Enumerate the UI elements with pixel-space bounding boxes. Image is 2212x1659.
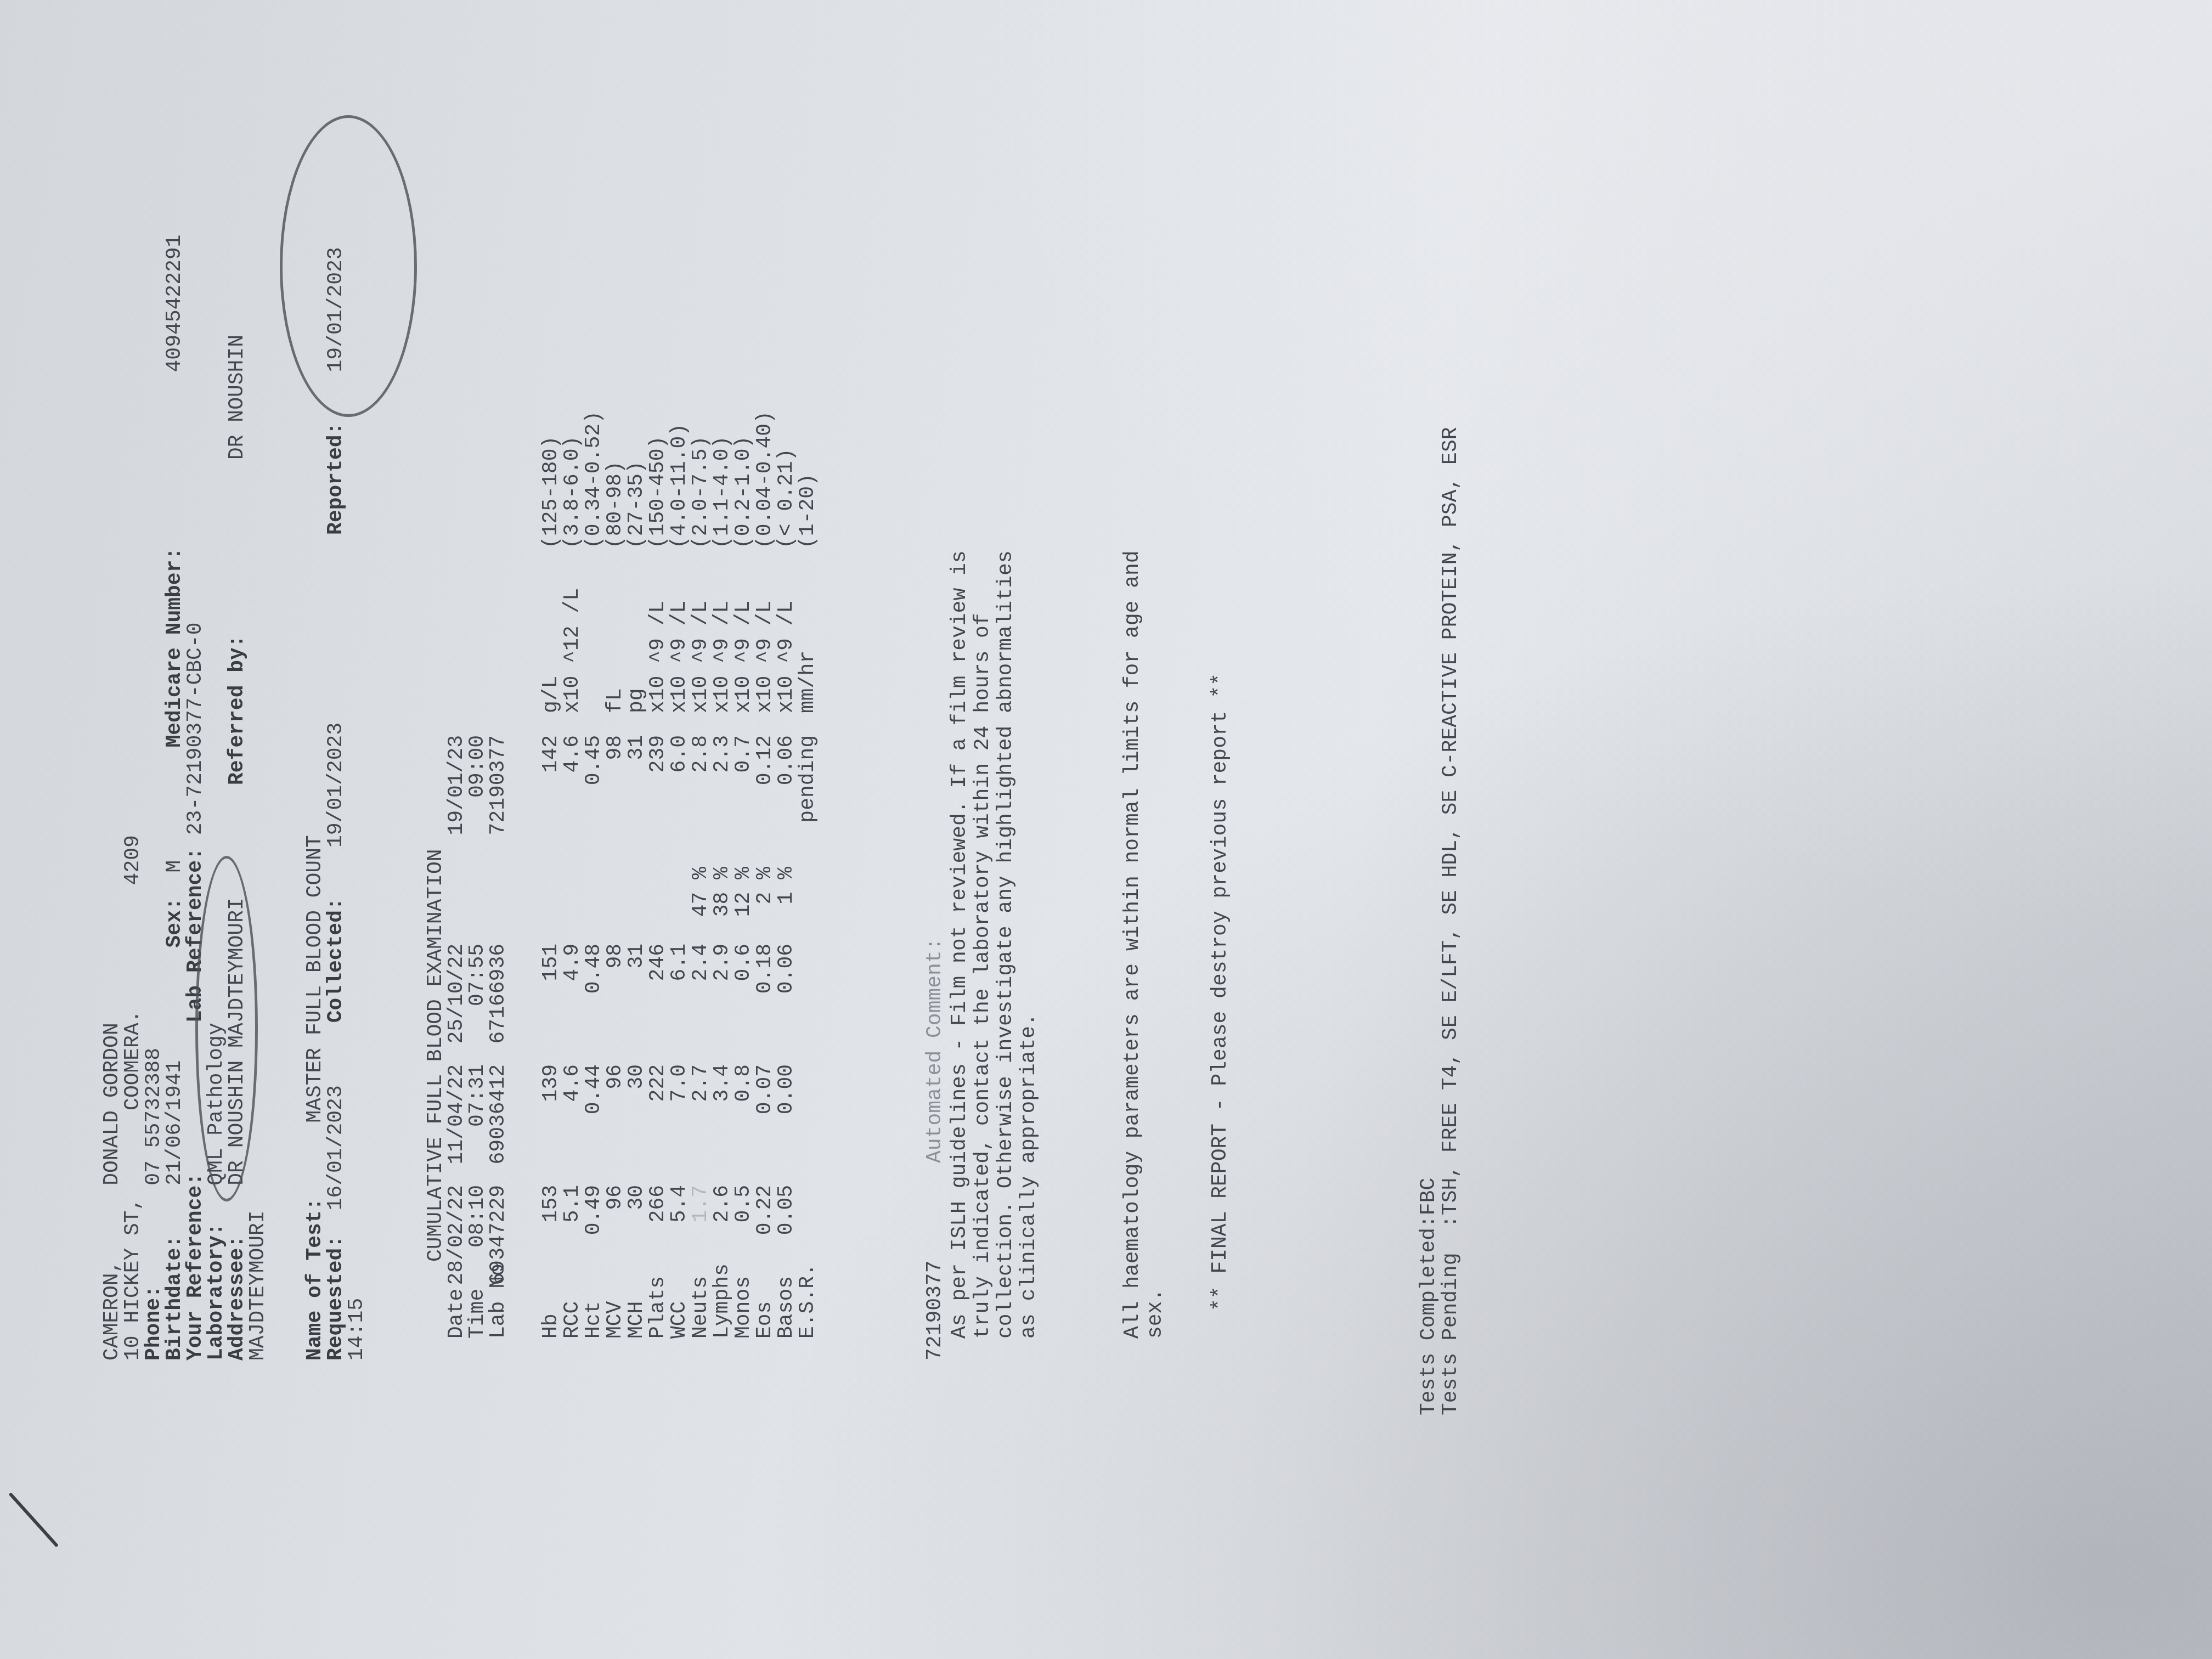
comment-heading: Automated Comment: [922, 938, 949, 1163]
requested-time: 14:15 [345, 1298, 369, 1361]
table-cell-percent: 1 % [773, 867, 800, 933]
table-cell: 0.06 [773, 944, 800, 1075]
pencil-circle-laboratory [195, 856, 258, 1201]
comment-lab-no: 72190377 [922, 1261, 949, 1361]
addressee-continued: MAJDTEYMOURI [246, 1210, 270, 1361]
collected-label: Collected: [324, 898, 348, 1023]
table-cell-unit: mm/hr [794, 651, 822, 713]
tests-pending: Tests Pending :TSH, FREE T4, SE E/LFT, S… [1437, 427, 1465, 1416]
medicare-value: 40945422291 [163, 235, 187, 373]
table-cell: pending [794, 735, 822, 867]
cumulative-header-lab_no: 69347229 [485, 1185, 512, 1317]
referred-by-value: DR NOUSHIN [225, 335, 249, 460]
cumulative-header-lab_no: 72190377 [485, 735, 512, 867]
comment-line: All haematology parameters are within no… [1119, 550, 1147, 1339]
pencil-circle-reported [280, 115, 417, 417]
table-cell: 0.00 [773, 1064, 800, 1196]
pencil-mark [9, 1492, 59, 1548]
requested-time-line: 14:15 [343, 1298, 371, 1361]
referred-by-label: Referred by: [225, 635, 249, 785]
reported-label: Reported: [324, 422, 348, 535]
cumulative-header-lab_no: 67166936 [485, 944, 512, 1075]
addressee-cont-line: MAJDTEYMOURI [245, 1210, 272, 1361]
table-row-label: E.S.R. [794, 1263, 822, 1339]
requested-value: 16/01/2023 [324, 1085, 348, 1210]
table-cell-range: (1-20) [794, 473, 822, 549]
table-cell-unit: x10 ^12 /L [559, 588, 586, 713]
cumulative-header-lab_no: 69036412 [485, 1064, 512, 1196]
lab-reference-value: 23-72190377-CBC-0 [184, 623, 207, 836]
collected-value: 19/01/2023 [324, 723, 348, 848]
lab-report-sheet: CAMERON, DONALD GORDON 10 HICKEY ST, COO… [99, 55, 1580, 1646]
postcode: 4209 [121, 835, 145, 885]
final-report-notice: ** FINAL REPORT - Please destroy previou… [1207, 673, 1234, 1311]
addressee-line: Addressee: DR NOUSHIN MAJDTEYMOURI Refer… [224, 335, 251, 1361]
comment-line: sex. [1142, 1289, 1170, 1339]
comment-line: as clinically appropriate. [1015, 1013, 1043, 1339]
